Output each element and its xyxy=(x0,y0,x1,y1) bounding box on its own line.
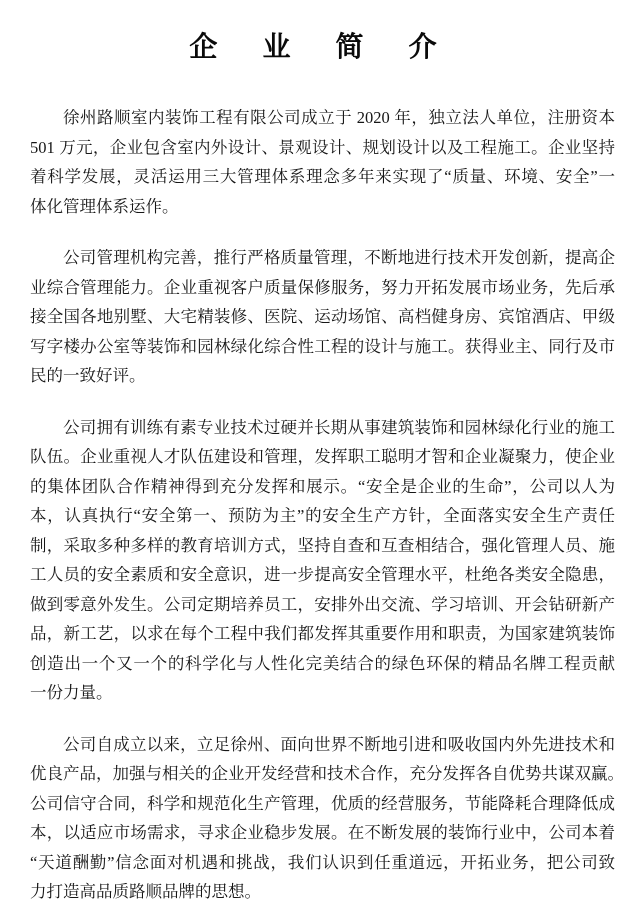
document-content: 企 业 简 介 徐州路顺室内装饰工程有限公司成立于 2020 年，独立法人单位，… xyxy=(0,31,643,907)
document-body: 徐州路顺室内装饰工程有限公司成立于 2020 年，独立法人单位，注册资本501 … xyxy=(30,103,615,907)
paragraph-line: 民的一致好评。 xyxy=(30,361,615,391)
paragraph-line: 队伍。企业重视人才队伍建设和管理，发挥职工聪明才智和企业凝聚力，使企业 xyxy=(30,442,615,472)
paragraph-line: 公司信守合同，科学和规范化生产管理，优质的经营服务，节能降耗合理降低成 xyxy=(30,789,615,819)
paragraph: 公司拥有训练有素专业技术过硬并长期从事建筑装饰和园林绿化行业的施工队伍。企业重视… xyxy=(30,413,615,708)
paragraph: 徐州路顺室内装饰工程有限公司成立于 2020 年，独立法人单位，注册资本501 … xyxy=(30,103,615,221)
paragraph-line: 本，以适应市场需求，寻求企业稳步发展。在不断发展的装饰行业中，公司本着 xyxy=(30,818,615,848)
paragraph-line: 品，新工艺，以求在每个工程中我们都发挥其重要作用和职责，为国家建筑装饰 xyxy=(30,619,615,649)
paragraph-line: 体化管理体系运作。 xyxy=(30,192,615,222)
paragraph-line: 优良产品，加强与相关的企业开发经营和技术合作，充分发挥各自优势共谋双赢。 xyxy=(30,759,615,789)
paragraph-line: 力打造高品质路顺品牌的思想。 xyxy=(30,877,615,907)
paragraph-line: 接全国各地别墅、大宅精装修、医院、运动场馆、高档健身房、宾馆酒店、甲级 xyxy=(30,302,615,332)
document-page: 企 业 简 介 徐州路顺室内装饰工程有限公司成立于 2020 年，独立法人单位，… xyxy=(0,0,643,911)
paragraph-line: 创造出一个又一个的科学化与人性化完美结合的绿色环保的精品名牌工程贡献 xyxy=(30,649,615,679)
paragraph-line: 工人员的安全素质和安全意识，进一步提高安全管理水平，杜绝各类安全隐患， xyxy=(30,560,615,590)
paragraph-line: 本，认真执行“安全第一、预防为主”的安全生产方针，全面落实安全生产责任 xyxy=(30,501,615,531)
paragraph: 公司自成立以来，立足徐州、面向世界不断地引进和吸收国内外先进技术和优良产品，加强… xyxy=(30,730,615,907)
paragraph-line: 业综合管理能力。企业重视客户质量保修服务，努力开拓发展市场业务，先后承 xyxy=(30,273,615,303)
paragraph-line: 一份力量。 xyxy=(30,678,615,708)
paragraph-line: 做到零意外发生。公司定期培养员工，安排外出交流、学习培训、开会钻研新产 xyxy=(30,590,615,620)
paragraph-line: “天道酬勤”信念面对机遇和挑战，我们认识到任重道远，开拓业务，把公司致 xyxy=(30,848,615,878)
page-title: 企 业 简 介 xyxy=(30,31,615,65)
paragraph-line: 公司拥有训练有素专业技术过硬并长期从事建筑装饰和园林绿化行业的施工 xyxy=(30,413,615,443)
paragraph: 公司管理机构完善，推行严格质量管理，不断地进行技术开发创新，提高企业综合管理能力… xyxy=(30,243,615,391)
paragraph-line: 公司管理机构完善，推行严格质量管理，不断地进行技术开发创新，提高企 xyxy=(30,243,615,273)
paragraph-line: 徐州路顺室内装饰工程有限公司成立于 2020 年，独立法人单位，注册资本 xyxy=(30,103,615,133)
paragraph-line: 制，采取多种多样的教育培训方式，坚持自查和互查相结合，强化管理人员、施 xyxy=(30,531,615,561)
paragraph-line: 着科学发展，灵活运用三大管理体系理念多年来实现了“质量、环境、安全”一 xyxy=(30,162,615,192)
paragraph-line: 公司自成立以来，立足徐州、面向世界不断地引进和吸收国内外先进技术和 xyxy=(30,730,615,760)
paragraph-line: 501 万元，企业包含室内外设计、景观设计、规划设计以及工程施工。企业坚持 xyxy=(30,133,615,163)
paragraph-line: 的集体团队合作精神得到充分发挥和展示。“安全是企业的生命”，公司以人为 xyxy=(30,472,615,502)
paragraph-line: 写字楼办公室等装饰和园林绿化综合性工程的设计与施工。获得业主、同行及市 xyxy=(30,332,615,362)
